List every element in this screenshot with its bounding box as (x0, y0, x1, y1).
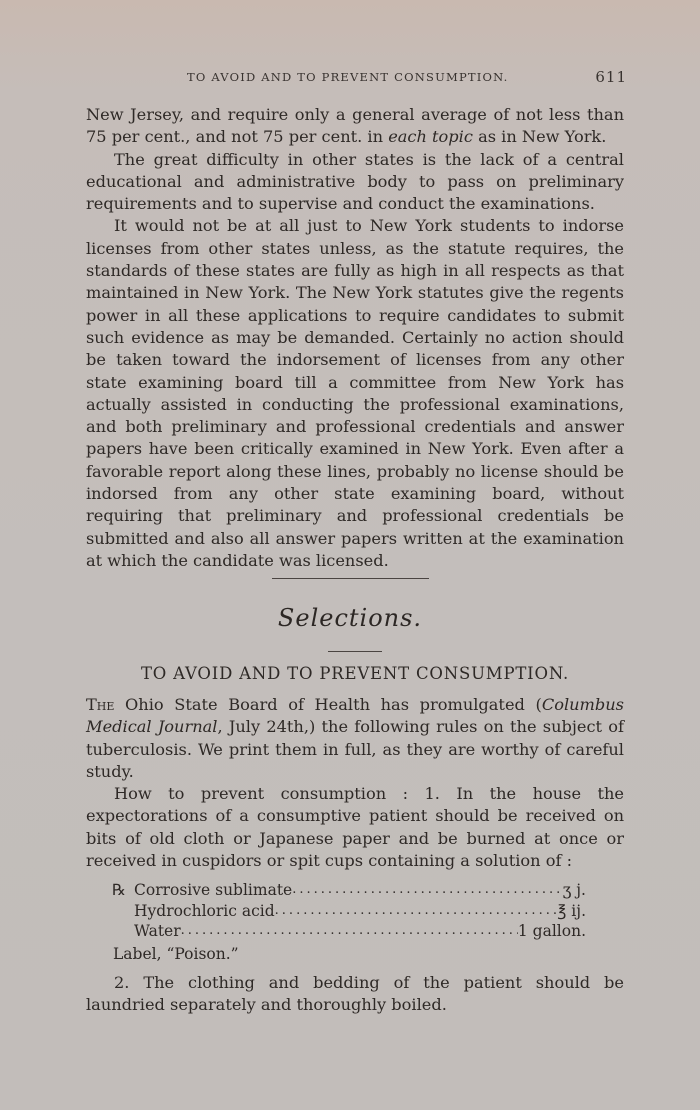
dot-leader: ........................................… (181, 921, 518, 942)
book-page: TO AVOID AND TO PREVENT CONSUMPTION. 611… (0, 0, 700, 1110)
heading-short-rule (328, 651, 382, 652)
rule-1-paragraph: How to prevent consumption : 1. In the h… (86, 783, 624, 872)
prescription-table: ℞ Corrosive sublimate ..................… (86, 880, 586, 942)
prescription-row: ℞ Corrosive sublimate ..................… (86, 880, 586, 901)
article-body: The Ohio State Board of Health has promu… (86, 694, 624, 872)
paragraph: The great difficulty in other states is … (86, 149, 624, 216)
article-title: TO AVOID AND TO PREVENT CONSUMPTION. (86, 664, 624, 683)
running-head-title: TO AVOID AND TO PREVENT CONSUMPTION. (187, 70, 509, 84)
prescription-row: Water ..................................… (86, 921, 586, 942)
dot-leader: ........................................… (275, 901, 558, 922)
selections-heading: Selections. (0, 604, 700, 632)
continued-article-text: New Jersey, and require only a general a… (86, 104, 624, 572)
intro-paragraph: The Ohio State Board of Health has promu… (86, 694, 624, 783)
section-divider-rule (272, 578, 429, 579)
rx-symbol: ℞ (86, 880, 134, 901)
emphasis-each-topic: each topic (388, 127, 473, 146)
dot-leader: ........................................… (292, 880, 562, 901)
paragraph: It would not be at all just to New York … (86, 215, 624, 572)
poison-label-line: Label, “Poison.” (113, 945, 239, 963)
paragraph: New Jersey, and require only a general a… (86, 104, 624, 149)
article-body-continued: 2. The clothing and bedding of the patie… (86, 972, 624, 1017)
smallcaps-lead: The (86, 695, 114, 714)
running-head: TO AVOID AND TO PREVENT CONSUMPTION. 611 (187, 70, 627, 90)
rule-2-paragraph: 2. The clothing and bedding of the patie… (86, 972, 624, 1017)
prescription-row: Hydrochloric acid ......................… (86, 901, 586, 922)
page-number: 611 (595, 68, 627, 86)
